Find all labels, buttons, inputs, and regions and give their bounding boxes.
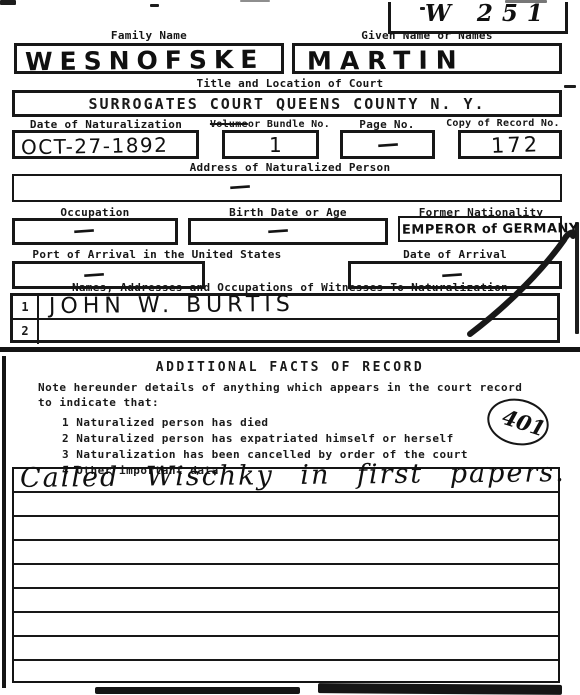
court-box: SURROGATES COURT QUEENS COUNTY N. Y. xyxy=(12,90,562,117)
stamp-number-value: 401 xyxy=(499,404,548,441)
ruled-notes-area xyxy=(12,467,560,683)
page-no-box: — xyxy=(340,130,435,159)
address-box: — xyxy=(12,174,562,202)
pen-stroke-mark xyxy=(440,228,580,346)
volume-rest-label: or Bundle No. xyxy=(248,119,330,130)
address-value: — xyxy=(228,172,252,199)
witness-row-number: 1 xyxy=(13,296,39,318)
family-name-label: Family Name xyxy=(14,29,284,42)
court-value: SURROGATES COURT QUEENS COUNTY N. Y. xyxy=(15,95,559,113)
volume-bundle-box: 1 xyxy=(222,130,319,159)
fact-item-number: 3 xyxy=(62,448,69,461)
fact-item-text: Naturalized person has died xyxy=(76,416,268,429)
volume-bundle-value: 1 xyxy=(269,133,282,157)
witness-row-number: 2 xyxy=(13,320,39,344)
occupation-box: — xyxy=(12,218,178,245)
bottom-scan-bar xyxy=(95,687,300,694)
file-number-value: W 251 xyxy=(425,0,552,27)
naturalization-index-card: W 251 Family Name Given Name or Names WE… xyxy=(0,0,580,695)
given-name-label: Given Name or Names xyxy=(292,29,562,42)
volume-struck-word: Volume xyxy=(210,119,248,130)
scan-speck xyxy=(0,0,16,5)
copy-record-value: 172 xyxy=(491,132,541,158)
fact-item-text: Naturalized person has expatriated himse… xyxy=(76,432,454,445)
note-line-2: to indicate that: xyxy=(38,396,159,409)
date-naturalization-box: OCT-27-1892 xyxy=(12,130,199,159)
given-name-box: MARTIN xyxy=(292,43,562,74)
family-name-value: WESNOFSKE xyxy=(25,45,265,77)
witness-name-value: JOHN W. BURTIS xyxy=(49,292,295,319)
date-naturalization-value: OCT-27-1892 xyxy=(21,133,169,160)
given-name-value: MARTIN xyxy=(307,45,465,75)
note-line-1: Note hereunder details of anything which… xyxy=(38,381,522,394)
scan-speck xyxy=(240,0,270,2)
birth-date-value: — xyxy=(266,216,290,243)
circled-stamp-number: 401 xyxy=(483,393,553,451)
volume-bundle-label: Volumeor Bundle No. xyxy=(205,119,335,130)
family-name-box: WESNOFSKE xyxy=(14,43,284,74)
port-arrival-label: Port of Arrival in the United States xyxy=(12,248,302,261)
section-divider xyxy=(0,347,580,352)
page-no-value: — xyxy=(376,130,400,157)
birth-date-box: — xyxy=(188,218,388,245)
card-left-edge xyxy=(2,356,6,688)
fact-item-number: 2 xyxy=(62,432,69,445)
fact-item-2: 2 Naturalized person has expatriated him… xyxy=(62,432,454,445)
address-label: Address of Naturalized Person xyxy=(0,161,580,174)
bottom-scan-bar xyxy=(318,683,562,695)
additional-facts-title: ADDITIONAL FACTS OF RECORD xyxy=(0,360,580,375)
fact-item-1: 1 Naturalized person has died xyxy=(62,416,269,429)
handwritten-note-entry: Called Wischky in first papers. xyxy=(20,457,566,494)
court-label: Title and Location of Court xyxy=(0,77,580,90)
scan-speck xyxy=(150,4,159,7)
copy-record-box: 172 xyxy=(458,130,562,159)
copy-record-label: Copy of Record No. xyxy=(440,118,566,129)
fact-item-number: 1 xyxy=(62,416,69,429)
occupation-value: — xyxy=(72,216,96,243)
